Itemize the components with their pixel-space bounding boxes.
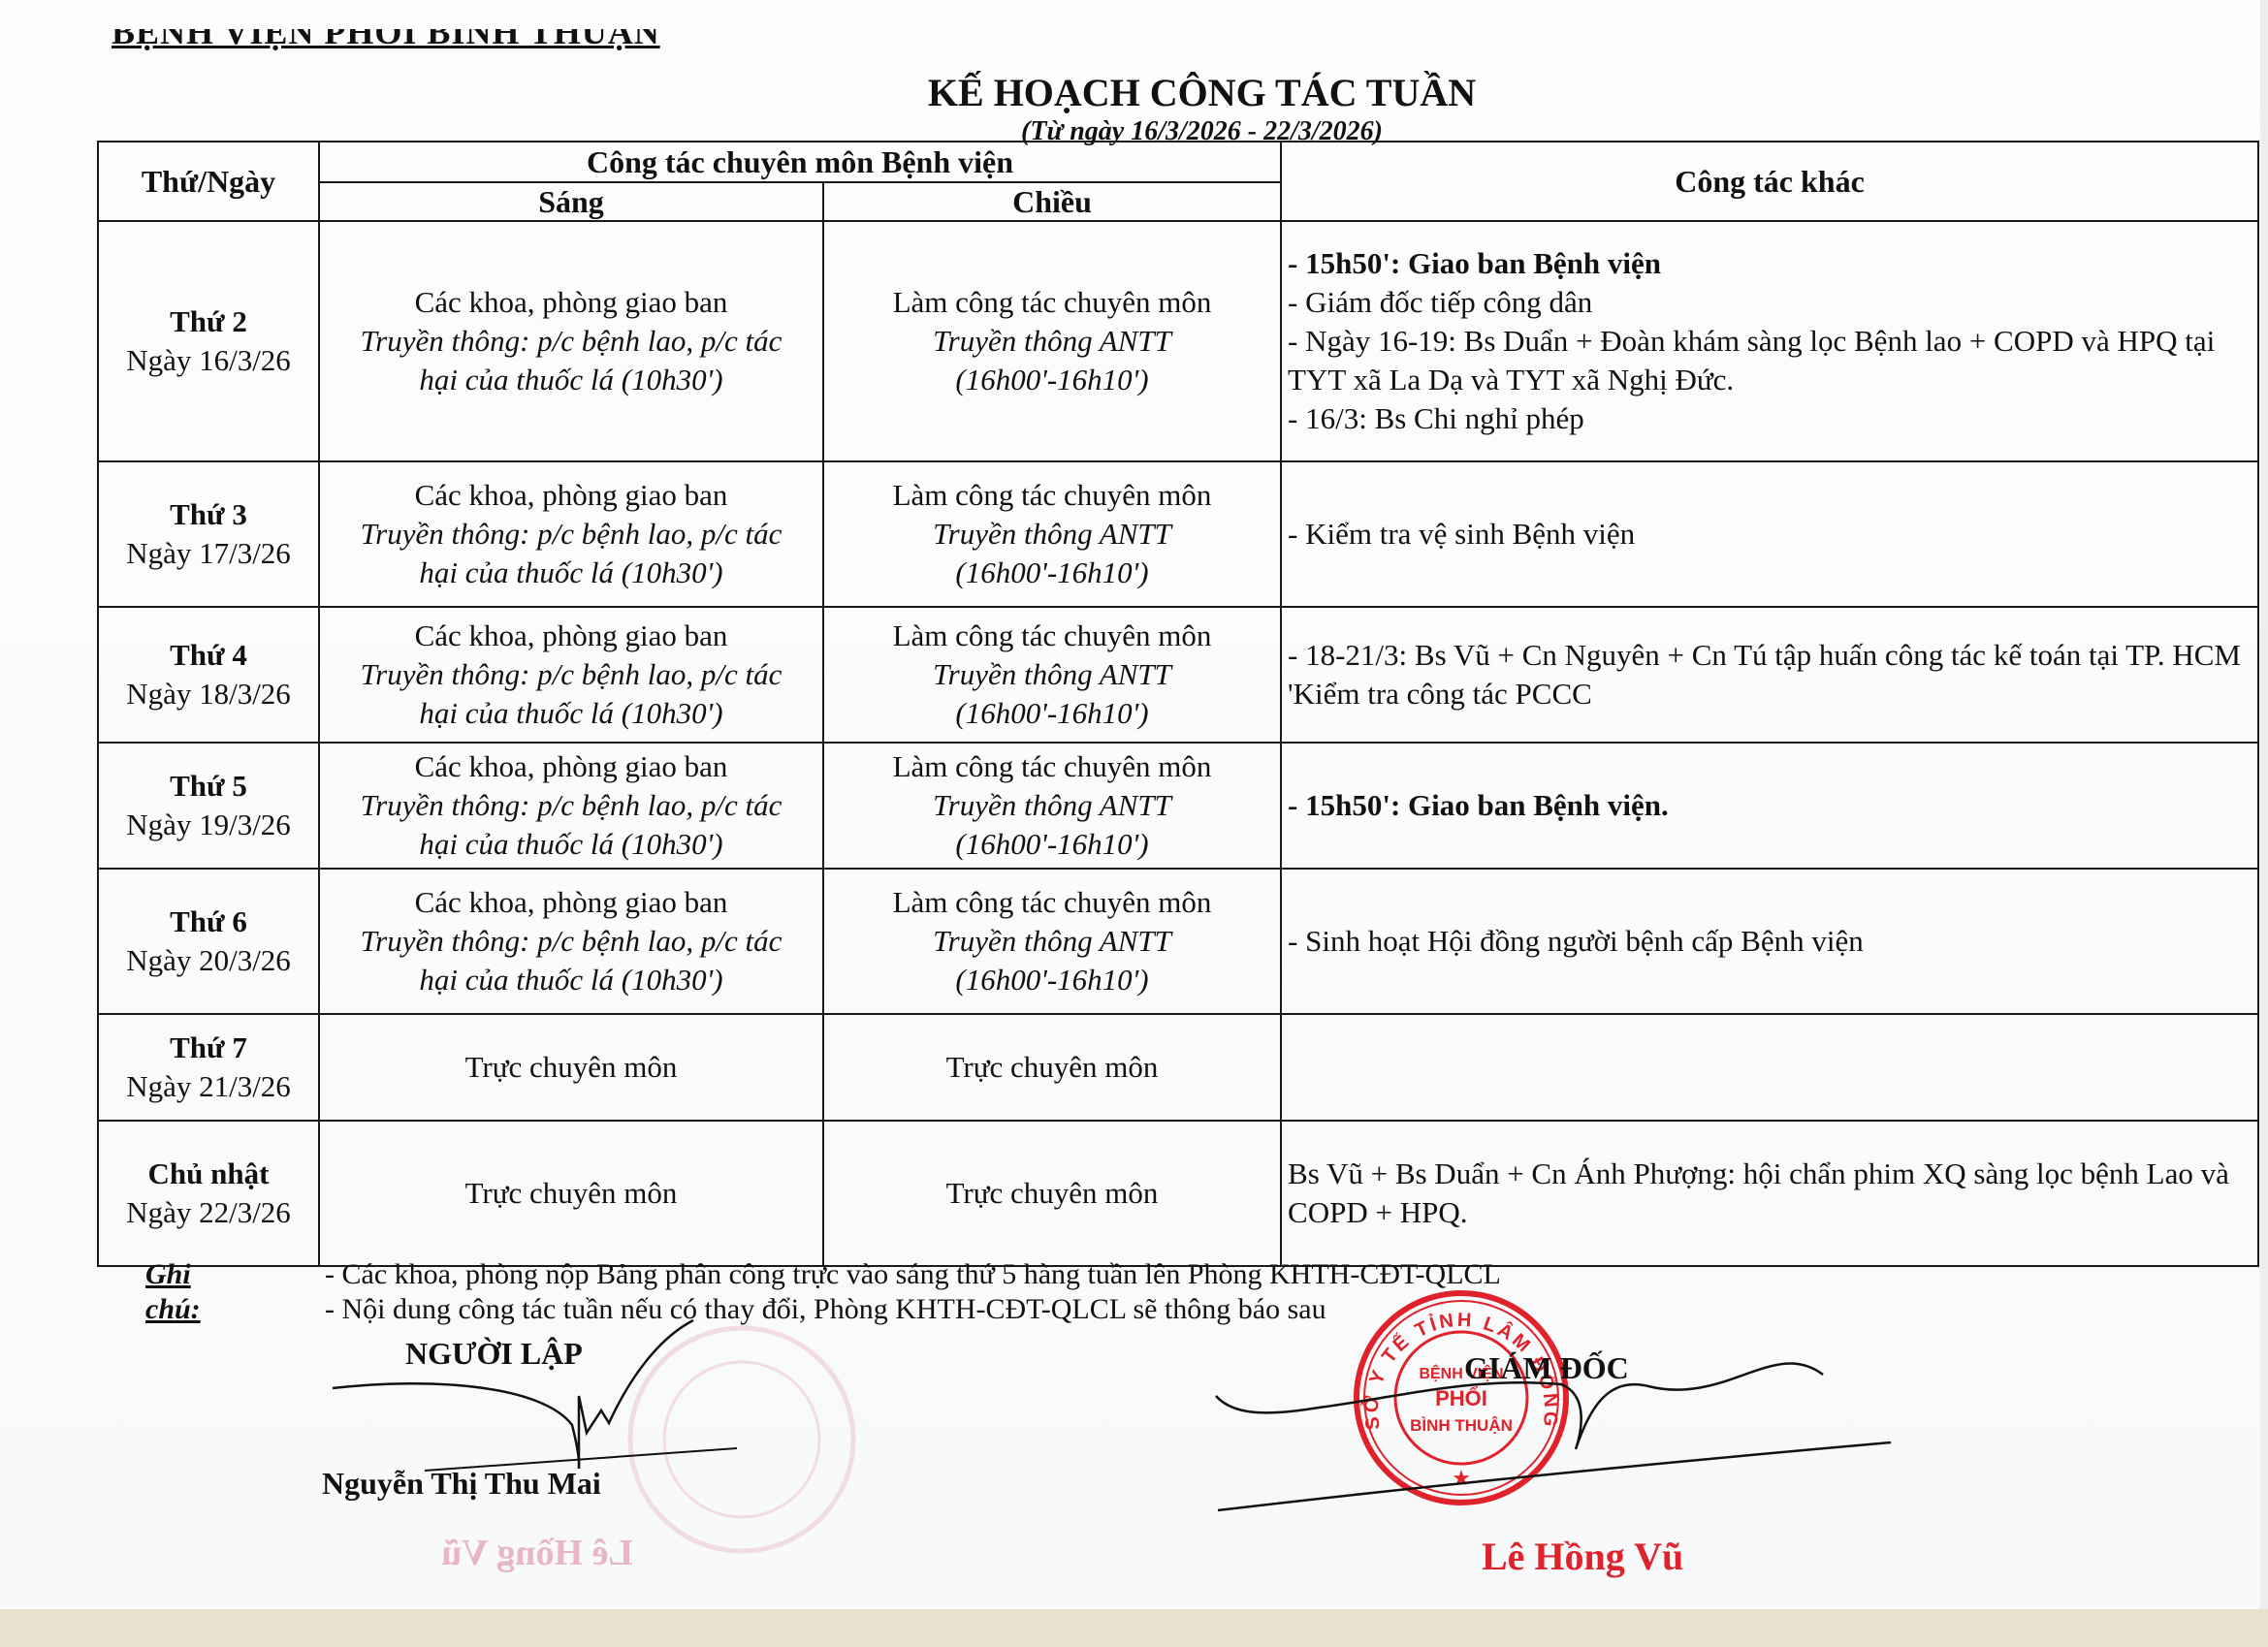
- date-label: Ngày 19/3/26: [105, 806, 312, 844]
- table-row: Chủ nhậtNgày 22/3/26Trực chuyên mônTrực …: [98, 1121, 2258, 1266]
- other-work-cell-line: - 15h50': Giao ban Bệnh viện.: [1288, 786, 2252, 825]
- table-row: Thứ 6Ngày 20/3/26Các khoa, phòng giao ba…: [98, 869, 2258, 1014]
- date-label: Ngày 21/3/26: [105, 1067, 312, 1106]
- afternoon-cell: Làm công tác chuyên mônTruyền thông ANTT…: [823, 743, 1281, 869]
- bleed-through-stamp: [621, 1318, 863, 1561]
- header-other-work: Công tác khác: [1281, 142, 2258, 221]
- afternoon-cell: Trực chuyên môn: [823, 1014, 1281, 1121]
- date-label: Ngày 20/3/26: [105, 941, 312, 980]
- other-work-cell-line: 'Kiểm tra công tác PCCC: [1288, 675, 2252, 713]
- bleed-through-name: Lê Hồng Vũ: [441, 1532, 633, 1574]
- morning-cell: Các khoa, phòng giao banTruyền thông: p/…: [319, 869, 823, 1014]
- document-title: KẾ HOẠCH CÔNG TÁC TUẦN: [0, 70, 2268, 115]
- other-work-cell: - Sinh hoạt Hội đồng người bệnh cấp Bệnh…: [1281, 869, 2258, 1014]
- morning-cell: Các khoa, phòng giao banTruyền thông: p/…: [319, 461, 823, 607]
- morning-cell-line: Truyền thông: p/c bệnh lao, p/c tác: [326, 655, 816, 694]
- afternoon-cell-line: Truyền thông ANTT: [830, 786, 1274, 825]
- weekday-label: Thứ 6: [105, 903, 312, 941]
- other-work-cell: [1281, 1014, 2258, 1121]
- other-work-cell-line: TYT xã La Dạ và TYT xã Nghị Đức.: [1288, 361, 2252, 399]
- scan-edge-right: [2260, 0, 2268, 1609]
- morning-cell-line: Trực chuyên môn: [326, 1174, 816, 1213]
- morning-cell-line: hại của thuốc lá (10h30'): [326, 825, 816, 864]
- header-afternoon: Chiều: [823, 182, 1281, 221]
- morning-cell: Các khoa, phòng giao banTruyền thông: p/…: [319, 743, 823, 869]
- morning-cell-line: hại của thuốc lá (10h30'): [326, 961, 816, 999]
- morning-cell: Các khoa, phòng giao banTruyền thông: p/…: [319, 221, 823, 461]
- date-label: Ngày 18/3/26: [105, 675, 312, 713]
- header-day: Thứ/Ngày: [98, 142, 319, 221]
- other-work-cell-line: - Sinh hoạt Hội đồng người bệnh cấp Bệnh…: [1288, 922, 2252, 961]
- table-row: Thứ 3Ngày 17/3/26Các khoa, phòng giao ba…: [98, 461, 2258, 607]
- table-row: Thứ 4Ngày 18/3/26Các khoa, phòng giao ba…: [98, 607, 2258, 743]
- table-row: Thứ 5Ngày 19/3/26Các khoa, phòng giao ba…: [98, 743, 2258, 869]
- morning-cell-line: hại của thuốc lá (10h30'): [326, 554, 816, 592]
- other-work-cell-line: - Kiểm tra vệ sinh Bệnh viện: [1288, 515, 2252, 554]
- weekday-label: Thứ 3: [105, 495, 312, 534]
- scan-edge: [0, 1609, 2268, 1647]
- afternoon-cell-line: Truyền thông ANTT: [830, 515, 1274, 554]
- afternoon-cell: Làm công tác chuyên mônTruyền thông ANTT…: [823, 607, 1281, 743]
- note-line: - Các khoa, phòng nộp Bảng phân công trự…: [325, 1257, 1501, 1292]
- other-work-cell-line: - 18-21/3: Bs Vũ + Cn Nguyên + Cn Tú tập…: [1288, 636, 2252, 675]
- afternoon-cell-line: Làm công tác chuyên môn: [830, 617, 1274, 655]
- weekly-plan-table: Thứ/Ngày Công tác chuyên môn Bệnh viện C…: [97, 141, 2259, 1267]
- afternoon-cell-line: Truyền thông ANTT: [830, 322, 1274, 361]
- morning-cell-line: Truyền thông: p/c bệnh lao, p/c tác: [326, 515, 816, 554]
- day-cell: Thứ 2Ngày 16/3/26: [98, 221, 319, 461]
- other-work-cell: - 15h50': Giao ban Bệnh viện- Giám đốc t…: [1281, 221, 2258, 461]
- morning-cell-line: Truyền thông: p/c bệnh lao, p/c tác: [326, 922, 816, 961]
- svg-text:BÌNH THUẬN: BÌNH THUẬN: [1410, 1416, 1513, 1435]
- director-name: Lê Hồng Vũ: [1482, 1534, 1683, 1579]
- afternoon-cell-line: (16h00'-16h10'): [830, 694, 1274, 733]
- morning-cell: Các khoa, phòng giao banTruyền thông: p/…: [319, 607, 823, 743]
- svg-text:★: ★: [1452, 1466, 1471, 1490]
- other-work-cell-line: Bs Vũ + Bs Duẩn + Cn Ánh Phượng: hội chẩ…: [1288, 1155, 2252, 1193]
- other-work-cell: Bs Vũ + Bs Duẩn + Cn Ánh Phượng: hội chẩ…: [1281, 1121, 2258, 1266]
- date-label: Ngày 22/3/26: [105, 1193, 312, 1232]
- other-work-cell: - Kiểm tra vệ sinh Bệnh viện: [1281, 461, 2258, 607]
- afternoon-cell: Làm công tác chuyên mônTruyền thông ANTT…: [823, 461, 1281, 607]
- morning-cell: Trực chuyên môn: [319, 1121, 823, 1266]
- morning-cell-line: Các khoa, phòng giao ban: [326, 283, 816, 322]
- afternoon-cell-line: Trực chuyên môn: [830, 1174, 1274, 1213]
- preparer-title: NGƯỜI LẬP: [405, 1336, 583, 1372]
- afternoon-cell-line: Làm công tác chuyên môn: [830, 283, 1274, 322]
- other-work-cell-line: - Ngày 16-19: Bs Duẩn + Đoàn khám sàng l…: [1288, 322, 2252, 361]
- afternoon-cell: Làm công tác chuyên mônTruyền thông ANTT…: [823, 221, 1281, 461]
- morning-cell: Trực chuyên môn: [319, 1014, 823, 1121]
- afternoon-cell-line: Truyền thông ANTT: [830, 922, 1274, 961]
- morning-cell-line: hại của thuốc lá (10h30'): [326, 361, 816, 399]
- afternoon-cell-line: (16h00'-16h10'): [830, 961, 1274, 999]
- weekday-label: Thứ 5: [105, 767, 312, 806]
- morning-cell-line: Các khoa, phòng giao ban: [326, 747, 816, 786]
- afternoon-cell: Làm công tác chuyên mônTruyền thông ANTT…: [823, 869, 1281, 1014]
- afternoon-cell-line: Truyền thông ANTT: [830, 655, 1274, 694]
- director-title: GIÁM ĐỐC: [1464, 1350, 1629, 1386]
- other-work-cell-line: - Giám đốc tiếp công dân: [1288, 283, 2252, 322]
- morning-cell-line: Các khoa, phòng giao ban: [326, 883, 816, 922]
- day-cell: Thứ 3Ngày 17/3/26: [98, 461, 319, 607]
- day-cell: Thứ 5Ngày 19/3/26: [98, 743, 319, 869]
- afternoon-cell-line: Làm công tác chuyên môn: [830, 747, 1274, 786]
- afternoon-cell-line: Làm công tác chuyên môn: [830, 476, 1274, 515]
- weekday-label: Chủ nhật: [105, 1155, 312, 1193]
- notes-label: Ghi chú:: [145, 1257, 201, 1327]
- svg-text:PHỔI: PHỔI: [1435, 1386, 1487, 1410]
- other-work-cell-line: - 15h50': Giao ban Bệnh viện: [1288, 244, 2252, 283]
- day-cell: Thứ 7Ngày 21/3/26: [98, 1014, 319, 1121]
- weekday-label: Thứ 2: [105, 302, 312, 341]
- morning-cell-line: hại của thuốc lá (10h30'): [326, 694, 816, 733]
- other-work-cell: - 18-21/3: Bs Vũ + Cn Nguyên + Cn Tú tập…: [1281, 607, 2258, 743]
- date-label: Ngày 16/3/26: [105, 341, 312, 380]
- morning-cell-line: Các khoa, phòng giao ban: [326, 476, 816, 515]
- other-work-cell-line: COPD + HPQ.: [1288, 1193, 2252, 1232]
- weekday-label: Thứ 4: [105, 636, 312, 675]
- table-row: Thứ 2Ngày 16/3/26Các khoa, phòng giao ba…: [98, 221, 2258, 461]
- preparer-name: Nguyễn Thị Thu Mai: [322, 1466, 601, 1502]
- table-row: Thứ 7Ngày 21/3/26Trực chuyên mônTrực chu…: [98, 1014, 2258, 1121]
- header-morning: Sáng: [319, 182, 823, 221]
- afternoon-cell-line: Làm công tác chuyên môn: [830, 883, 1274, 922]
- morning-cell-line: Trực chuyên môn: [326, 1048, 816, 1087]
- note-line: - Nội dung công tác tuần nếu có thay đổi…: [325, 1292, 1501, 1327]
- afternoon-cell-line: Trực chuyên môn: [830, 1048, 1274, 1087]
- other-work-cell: - 15h50': Giao ban Bệnh viện.: [1281, 743, 2258, 869]
- day-cell: Chủ nhậtNgày 22/3/26: [98, 1121, 319, 1266]
- afternoon-cell: Trực chuyên môn: [823, 1121, 1281, 1266]
- other-work-cell-line: - 16/3: Bs Chi nghỉ phép: [1288, 399, 2252, 438]
- header-hospital-work: Công tác chuyên môn Bệnh viện: [319, 142, 1281, 182]
- official-stamp: SỞ Y TẾ TỈNH LÂM ĐỒNG BỆNH VIỆN PHỔI BÌN…: [1353, 1289, 1571, 1507]
- day-cell: Thứ 6Ngày 20/3/26: [98, 869, 319, 1014]
- day-cell: Thứ 4Ngày 18/3/26: [98, 607, 319, 743]
- afternoon-cell-line: (16h00'-16h10'): [830, 554, 1274, 592]
- morning-cell-line: Truyền thông: p/c bệnh lao, p/c tác: [326, 322, 816, 361]
- weekday-label: Thứ 7: [105, 1029, 312, 1067]
- afternoon-cell-line: (16h00'-16h10'): [830, 361, 1274, 399]
- morning-cell-line: Các khoa, phòng giao ban: [326, 617, 816, 655]
- date-label: Ngày 17/3/26: [105, 534, 312, 573]
- afternoon-cell-line: (16h00'-16h10'): [830, 825, 1274, 864]
- morning-cell-line: Truyền thông: p/c bệnh lao, p/c tác: [326, 786, 816, 825]
